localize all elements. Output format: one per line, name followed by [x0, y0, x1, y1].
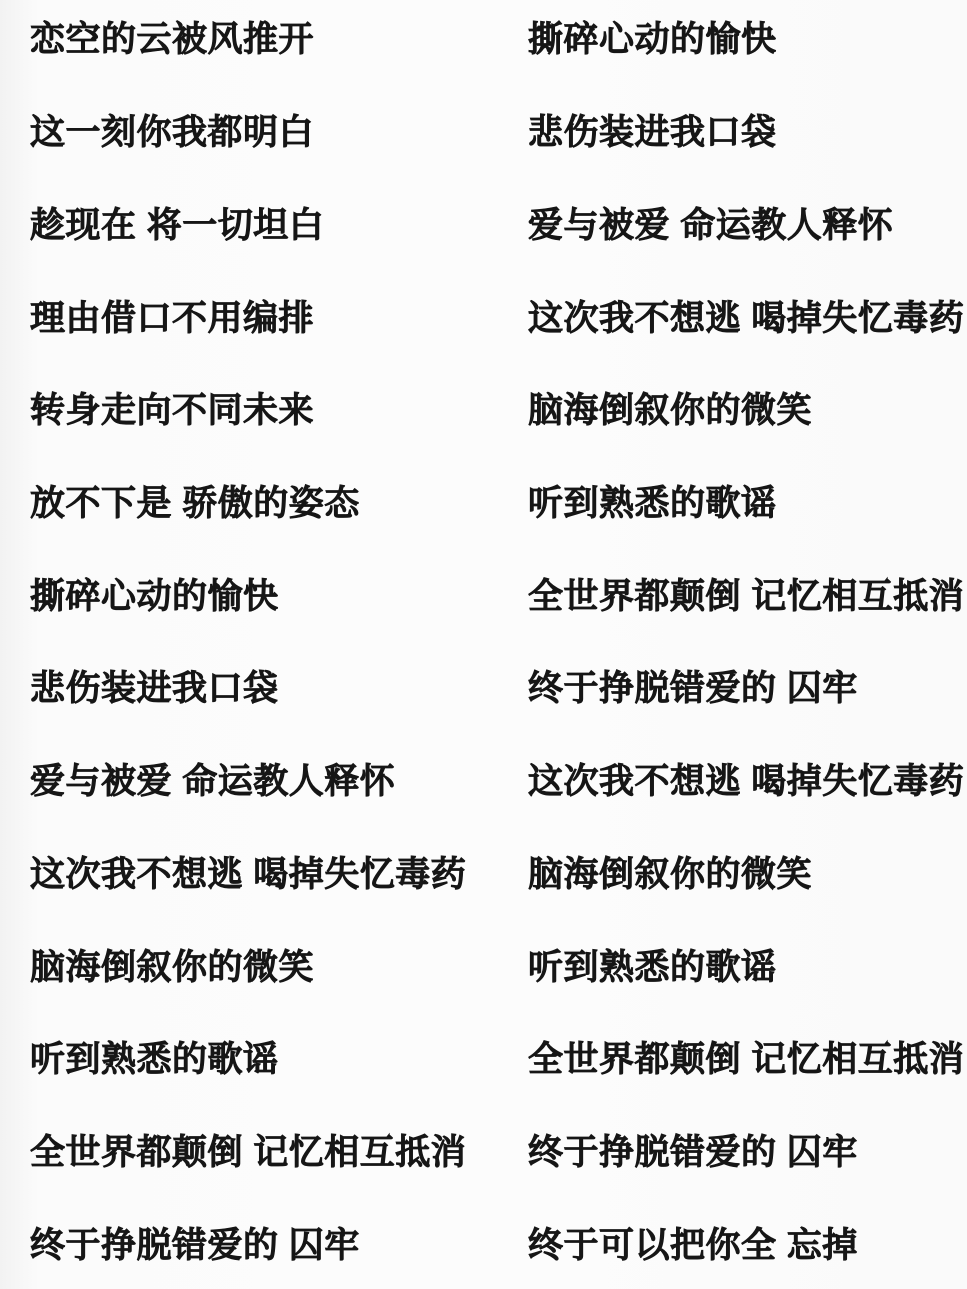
lyric-line: 脑海倒叙你的微笑: [528, 362, 967, 455]
lyric-line: 这次我不想逃 喝掉失忆毒药: [528, 733, 967, 826]
lyric-line: 终于挣脱错爱的 囚牢: [528, 1104, 967, 1197]
lyric-line: 这次我不想逃 喝掉失忆毒药: [528, 269, 967, 362]
lyrics-column-left: 恋空的云被风推开 这一刻你我都明白 趁现在 将一切坦白 理由借口不用编排 转身走…: [30, 0, 480, 1289]
lyric-line: 理由借口不用编排: [30, 269, 480, 362]
lyric-line: 悲伤装进我口袋: [528, 84, 967, 177]
lyric-line: 悲伤装进我口袋: [30, 640, 480, 733]
lyric-line: 这次我不想逃 喝掉失忆毒药: [30, 825, 480, 918]
lyric-line: 脑海倒叙你的微笑: [30, 918, 480, 1011]
lyric-line: 全世界都颠倒 记忆相互抵消: [528, 1011, 967, 1104]
lyric-line: 这一刻你我都明白: [30, 84, 480, 177]
lyric-line: 终于挣脱错爱的 囚牢: [30, 1196, 480, 1289]
lyrics-columns: 恋空的云被风推开 这一刻你我都明白 趁现在 将一切坦白 理由借口不用编排 转身走…: [0, 0, 967, 1280]
lyric-line: 爱与被爱 命运教人释怀: [30, 733, 480, 826]
lyric-line: 终于可以把你全 忘掉: [528, 1196, 967, 1289]
lyric-line: 终于挣脱错爱的 囚牢: [528, 640, 967, 733]
lyric-line: 听到熟悉的歌谣: [30, 1011, 480, 1104]
lyric-line: 全世界都颠倒 记忆相互抵消: [528, 547, 967, 640]
lyric-line: 脑海倒叙你的微笑: [528, 825, 967, 918]
lyric-line: 放不下是 骄傲的姿态: [30, 455, 480, 548]
lyric-line: 趁现在 将一切坦白: [30, 176, 480, 269]
lyric-line: 撕碎心动的愉快: [528, 0, 967, 84]
lyrics-column-right: 撕碎心动的愉快 悲伤装进我口袋 爱与被爱 命运教人释怀 这次我不想逃 喝掉失忆毒…: [528, 0, 967, 1289]
lyric-line: 撕碎心动的愉快: [30, 547, 480, 640]
lyric-line: 听到熟悉的歌谣: [528, 455, 967, 548]
lyric-line: 听到熟悉的歌谣: [528, 918, 967, 1011]
lyric-line: 全世界都颠倒 记忆相互抵消: [30, 1104, 480, 1197]
lyric-line: 转身走向不同未来: [30, 362, 480, 455]
lyric-line: 爱与被爱 命运教人释怀: [528, 176, 967, 269]
lyric-line: 恋空的云被风推开: [30, 0, 480, 84]
lyrics-page: 恋空的云被风推开 这一刻你我都明白 趁现在 将一切坦白 理由借口不用编排 转身走…: [0, 0, 967, 1289]
